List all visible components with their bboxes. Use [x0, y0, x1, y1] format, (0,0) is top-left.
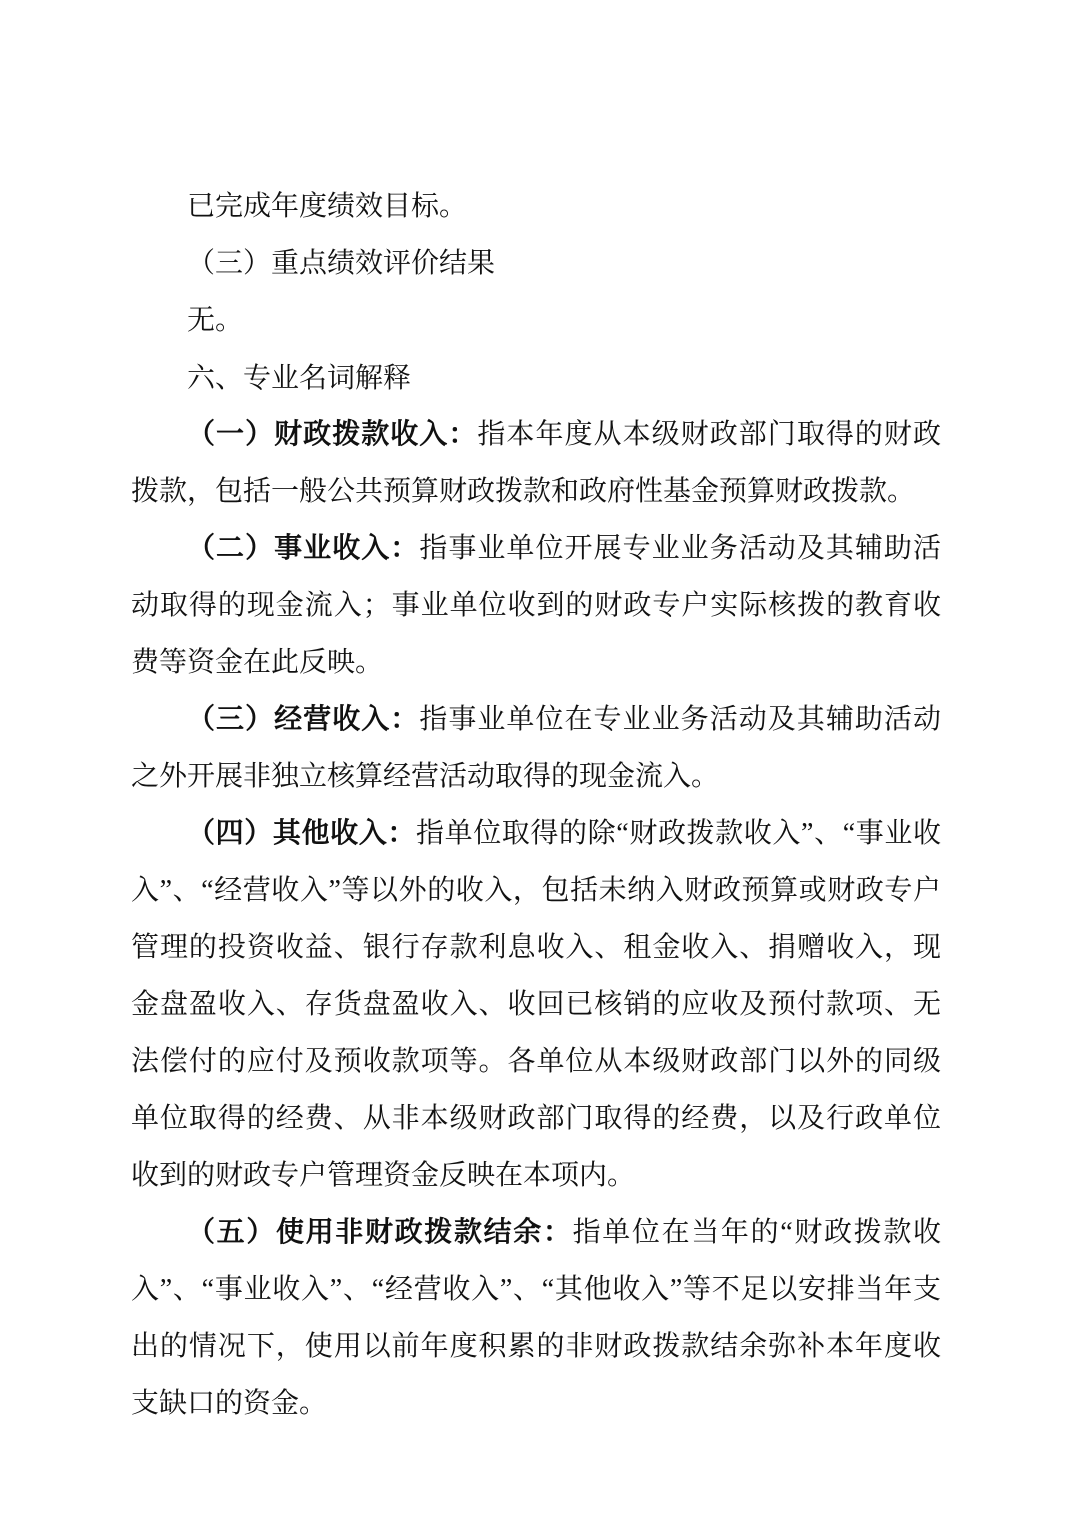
term-paragraph-operational-income: （二）事业收入：指事业单位开展专业业务活动及其辅助活动取得的现金流入；事业单位收…: [131, 520, 941, 691]
term-paragraph-non-fiscal-surplus: （五）使用非财政拨款结余：指单位在当年的“财政拨款收入”、“事业收入”、“经营收…: [131, 1204, 941, 1432]
term-paragraph-other-income: （四）其他收入：指单位取得的除“财政拨款收入”、“事业收入”、“经营收入”等以外…: [131, 805, 941, 1204]
term-label-non-fiscal-surplus: （五）使用非财政拨款结余：: [187, 1217, 573, 1248]
document-page: 已完成年度绩效目标。 （三）重点绩效评价结果 无。 六、专业名词解释 （一）财政…: [0, 0, 1074, 1520]
paragraph-none: 无。: [131, 292, 941, 349]
term-paragraph-fiscal-appropriation-income: （一）财政拨款收入：指本年度从本级财政部门取得的财政拨款，包括一般公共预算财政拨…: [131, 406, 941, 520]
term-label-operational-income: （二）事业收入：: [187, 533, 419, 564]
paragraph-annual-goal-completion: 已完成年度绩效目标。: [131, 178, 941, 235]
term-body-other-income: 指单位取得的除“财政拨款收入”、“事业收入”、“经营收入”等以外的收入，包括未纳…: [131, 818, 941, 1191]
heading-terminology-explanation: 六、专业名词解释: [131, 349, 941, 406]
term-label-business-income: （三）经营收入：: [187, 704, 419, 735]
term-paragraph-business-income: （三）经营收入：指事业单位在专业业务活动及其辅助活动之外开展非独立核算经营活动取…: [131, 691, 941, 805]
term-label-fiscal-appropriation-income: （一）财政拨款收入：: [187, 419, 477, 450]
term-label-other-income: （四）其他收入：: [187, 818, 416, 849]
heading-key-performance-evaluation-results: （三）重点绩效评价结果: [131, 235, 941, 292]
